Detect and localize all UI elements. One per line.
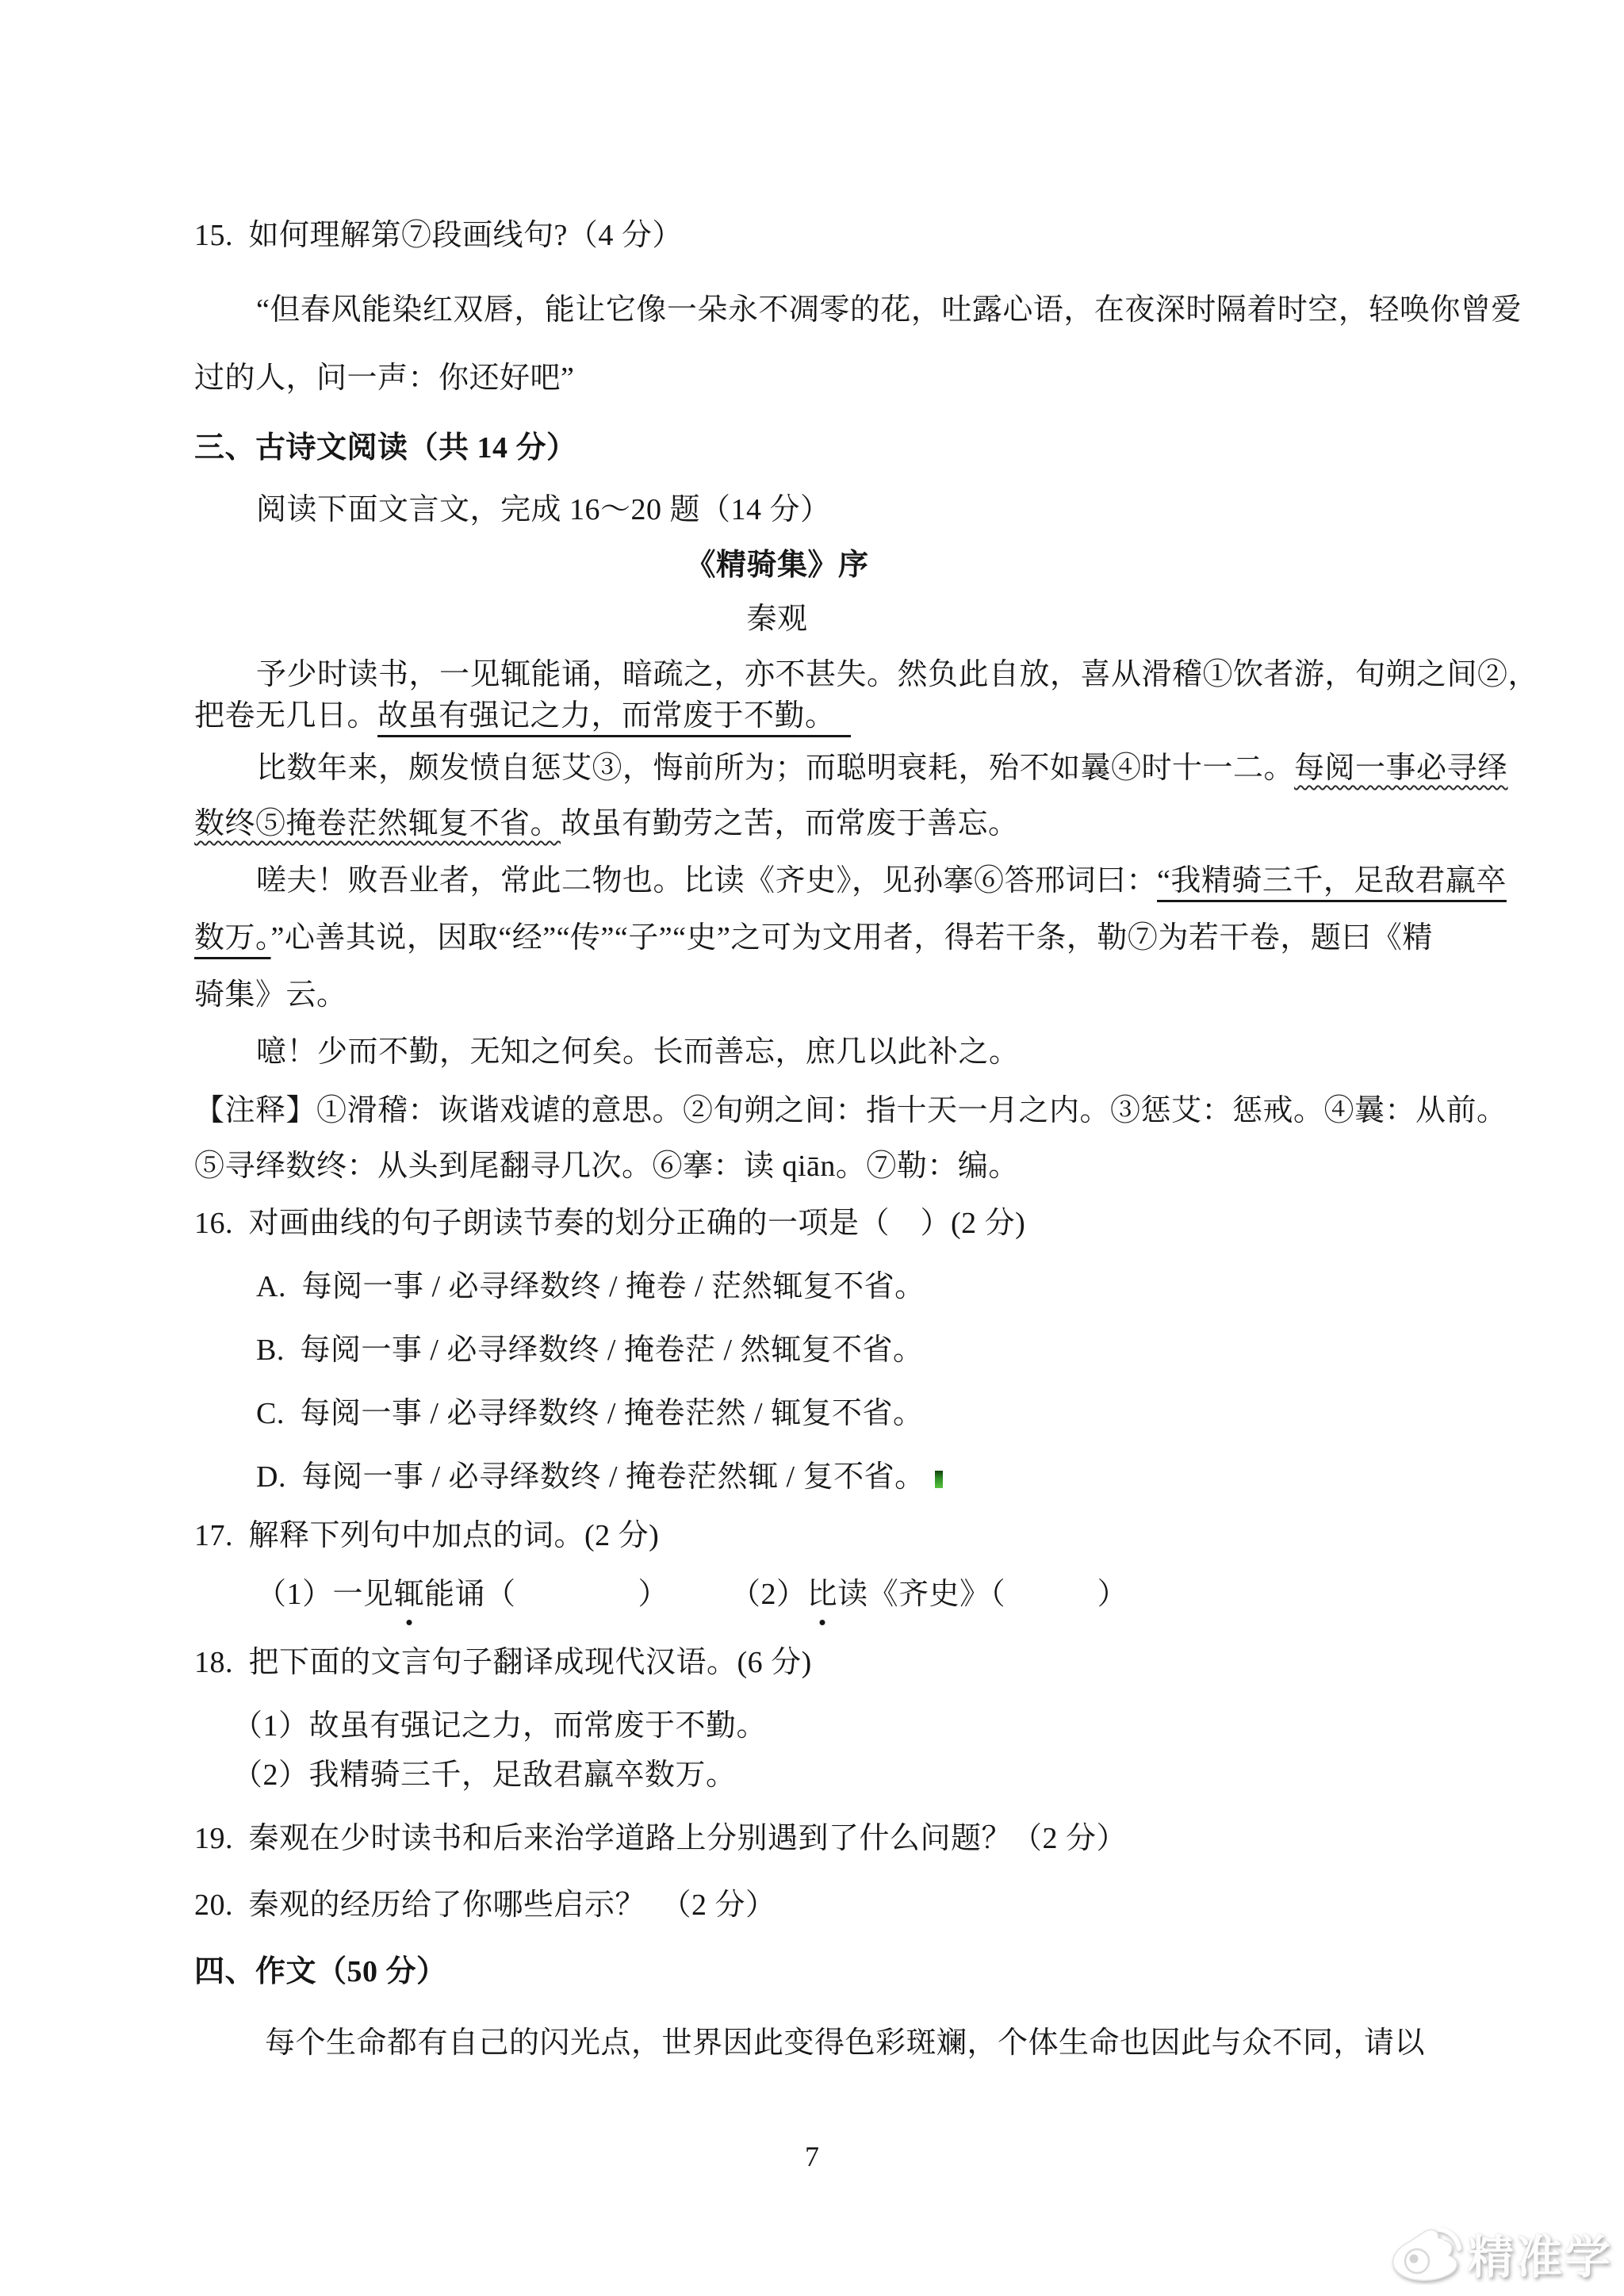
underlined-sentence-1: 故虽有强记之力，而常废于不勤。	[377, 699, 851, 733]
underlined-sentence-2-end: 数万。	[194, 921, 271, 955]
passage-instructions: 阅读下面文言文，完成 16～20 题（14 分）	[256, 490, 831, 530]
passage-paragraph1-line2: 把卷无几日。故虽有强记之力，而常废于不勤。	[194, 696, 851, 736]
paragraph3-line2-plain: ”心善其说，因取“经”“传”“子”“史”之可为文用者，得若干条，勒⑦为若干卷，题…	[271, 921, 1433, 955]
question-16-option-c: C. 每阅一事 / 必寻绎数终 / 掩卷茫然 / 辄复不省。	[256, 1394, 924, 1433]
text-cursor-mark	[935, 1471, 943, 1488]
quoted-passage-line-2: 过的人，问一声：你还好吧”	[194, 358, 574, 398]
section-heading-composition: 四、作文（50 分）	[194, 1952, 447, 1992]
watermark: 精准学	[1385, 2220, 1613, 2286]
passage-paragraph3-line3: 骑集》云。	[194, 975, 347, 1015]
footnotes-line-1: 【注释】①滑稽：诙谐戏谑的意思。②旬朔之间：指十天一月之内。③惩艾：惩戒。④曩：…	[194, 1091, 1507, 1131]
question-18: 18. 把下面的文言句子翻译成现代汉语。(6 分)	[194, 1643, 812, 1682]
question-17: 17. 解释下列句中加点的词。(2 分)	[194, 1516, 659, 1556]
paragraph1-line2-plain: 把卷无几日。	[194, 699, 377, 733]
passage-paragraph2-line1: 比数年来，颇发愤自惩艾③，悔前所为；而聪明衰耗，殆不如曩④时十一二。每阅一事必寻…	[256, 748, 1508, 788]
passage-paragraph1-line1: 予少时读书，一见辄能诵，暗疏之，亦不甚失。然负此自放，喜从滑稽①饮者游，旬朔之间…	[256, 655, 1538, 695]
footnotes-line-2: ⑤寻绎数终：从头到尾翻寻几次。⑥搴：读 qiān。⑦勒：编。	[194, 1146, 1019, 1186]
quoted-passage-line-1: “但春风能染红双唇，能让它像一朵永不凋零的花，吐露心语，在夜深时隔着时空，轻唤你…	[256, 290, 1522, 330]
q17-sub1-dotted-char: 辄	[394, 1575, 425, 1614]
paragraph2-line1-plain: 比数年来，颇发愤自惩艾③，悔前所为；而聪明衰耗，殆不如曩④时十一二。	[256, 752, 1294, 785]
passage-paragraph3-line2: 数万。”心善其说，因取“经”“传”“子”“史”之可为文用者，得若干条，勒⑦为若干…	[194, 918, 1433, 958]
watermark-text: 精准学	[1468, 2220, 1613, 2286]
question-16-option-a: A. 每阅一事 / 必寻绎数终 / 掩卷 / 茫然辄复不省。	[256, 1267, 925, 1307]
wavy-underlined-sentence-end: 数终⑤掩卷茫然辄复不省。	[194, 807, 561, 840]
question-16-option-b: B. 每阅一事 / 必寻绎数终 / 掩卷茫 / 然辄复不省。	[256, 1330, 924, 1370]
q17-sub2-pre: （2）	[730, 1578, 807, 1611]
question-20: 20. 秦观的经历给了你哪些启示？ （2 分）	[194, 1885, 776, 1925]
q17-sub2-post: 读《齐史》（ ）	[837, 1578, 1128, 1611]
wavy-underlined-sentence-start: 每阅一事必寻绎	[1294, 752, 1508, 785]
option-d-text: D. 每阅一事 / 必寻绎数终 / 掩卷茫然辄 / 复不省。	[256, 1460, 925, 1494]
paragraph3-line1-plain: 嗟夫！败吾业者，常此二物也。比读《齐史》，见孙搴⑥答邢词曰：	[256, 864, 1157, 897]
passage-paragraph4: 噫！少而不勤，无知之何矣。长而善忘，庶几以此补之。	[256, 1032, 1020, 1072]
question-18-sub2: （2）我精骑三千，足敌君羸卒数万。	[232, 1755, 737, 1795]
passage-paragraph3-line1: 嗟夫！败吾业者，常此二物也。比读《齐史》，见孙搴⑥答邢词曰：“我精骑三千，足敌君…	[256, 861, 1507, 901]
passage-paragraph2-line2: 数终⑤掩卷茫然辄复不省。故虽有勤劳之苦，而常废于善忘。	[194, 804, 1019, 844]
question-16: 16. 对画曲线的句子朗读节奏的划分正确的一项是（ ）(2 分)	[194, 1203, 1025, 1243]
question-19: 19. 秦观在少时读书和后来治学道路上分别遇到了什么问题？（2 分）	[194, 1819, 1127, 1858]
question-18-sub1: （1）故虽有强记之力，而常废于不勤。	[232, 1706, 767, 1746]
passage-author: 秦观	[194, 599, 1360, 639]
exam-page: 15. 如何理解第⑦段画线句?（4 分） “但春风能染红双唇，能让它像一朵永不凋…	[0, 0, 1624, 2296]
question-15: 15. 如何理解第⑦段画线句?（4 分）	[194, 216, 683, 255]
q17-sub1-pre: （1）一见	[256, 1578, 394, 1611]
passage-title: 《精骑集》序	[194, 545, 1360, 585]
question-16-option-d: D. 每阅一事 / 必寻绎数终 / 掩卷茫然辄 / 复不省。	[256, 1457, 943, 1497]
page-number: 7	[0, 2139, 1624, 2174]
section-heading-classical-reading: 三、古诗文阅读（共 14 分）	[194, 428, 577, 468]
q17-sub2-dotted-char: 比	[807, 1575, 838, 1614]
weibo-icon	[1385, 2221, 1465, 2285]
question-17-subitems: （1）一见辄能诵（ ）（2）比读《齐史》（ ）	[256, 1575, 1128, 1614]
underlined-sentence-2-start: “我精骑三千，足敌君羸卒	[1157, 864, 1507, 897]
paragraph2-line2-plain: 故虽有勤劳之苦，而常废于善忘。	[561, 807, 1019, 840]
q17-sub1-post: 能诵（ ）	[424, 1578, 668, 1611]
essay-prompt-line: 每个生命都有自己的闪光点，世界因此变得色彩斑斓，个体生命也因此与众不同，请以	[265, 2023, 1425, 2063]
